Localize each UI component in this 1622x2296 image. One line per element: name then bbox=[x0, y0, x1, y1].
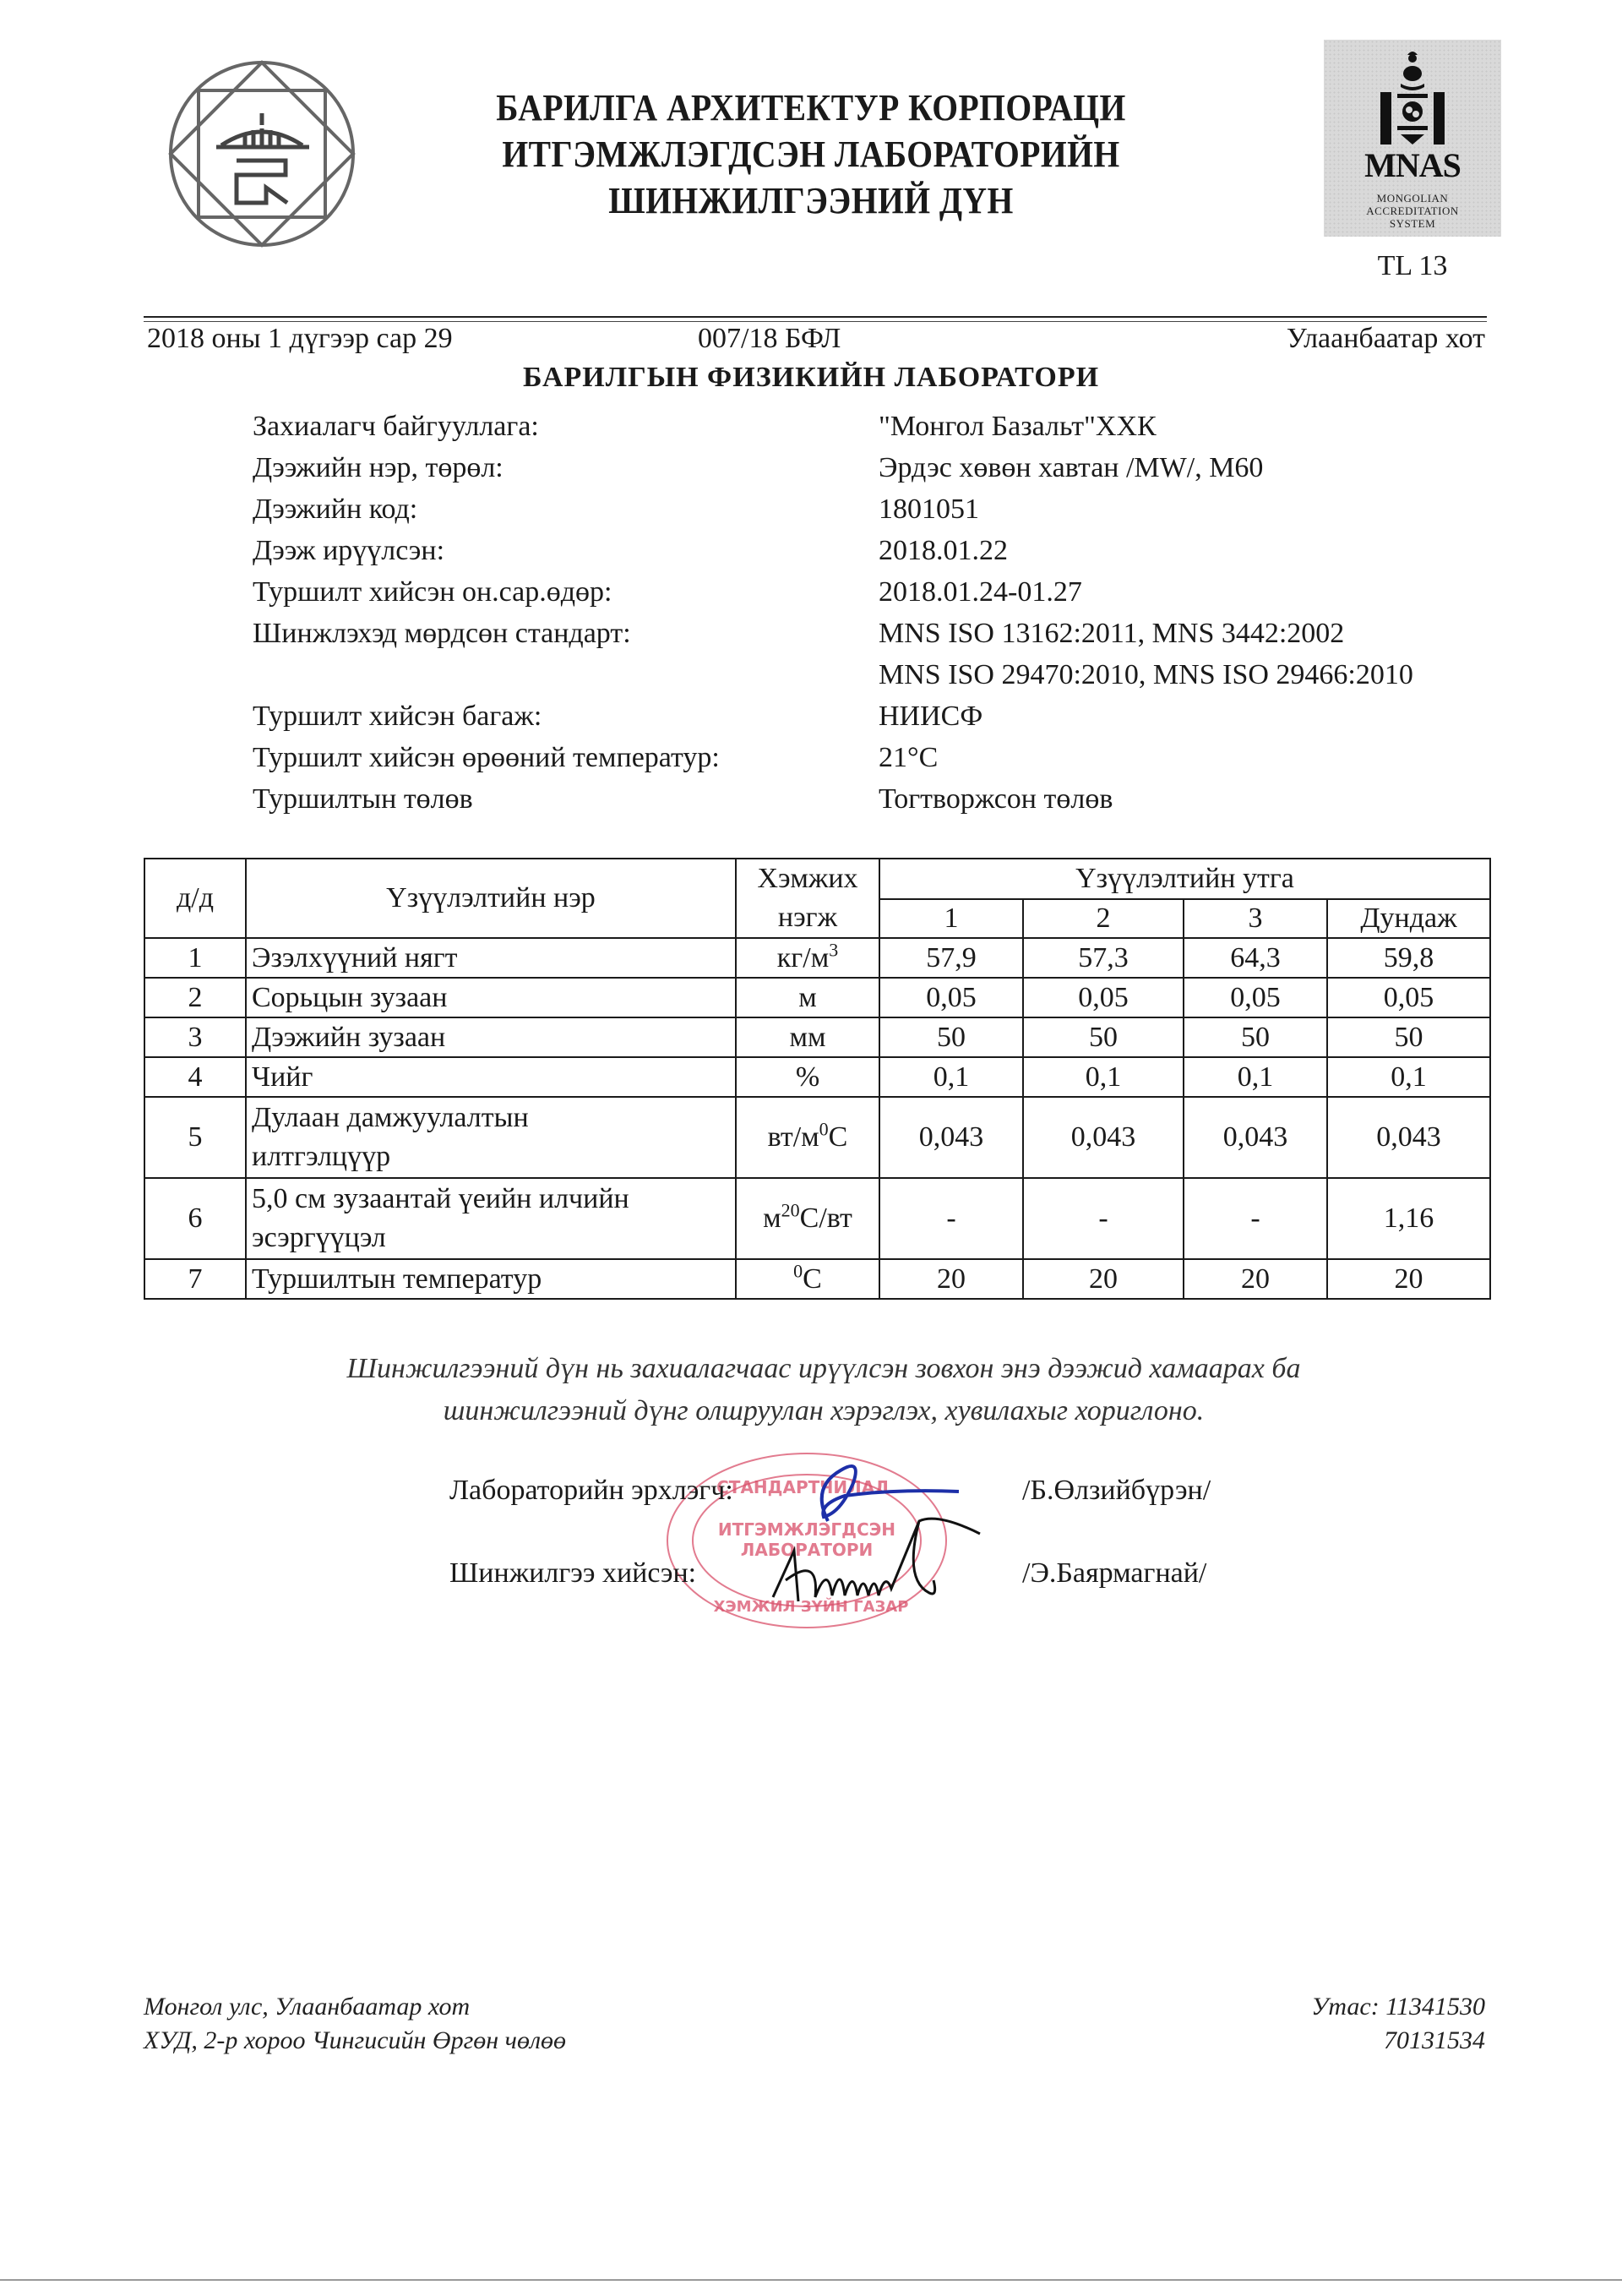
table-row: 7Туршилтын температур0C20202020 bbox=[144, 1259, 1490, 1299]
row-value: - bbox=[1184, 1178, 1327, 1259]
title-line-3: ШИНЖИЛГЭЭНИЙ ДҮН bbox=[438, 177, 1184, 224]
footer-address: Монгол улс, Улаанбаатар хот ХУД, 2-р хор… bbox=[144, 1990, 566, 2058]
mnas-subtitle: MONGOLIAN ACCREDITATION SYSTEM bbox=[1324, 192, 1501, 230]
row-value: 0,1 bbox=[1184, 1057, 1327, 1097]
row-index: 1 bbox=[144, 938, 246, 978]
row-name: Дээжийн зузаан bbox=[246, 1017, 736, 1057]
info-row: MNS ISO 29470:2010, MNS ISO 29466:2010 bbox=[253, 654, 1520, 695]
footer-phones: Утас: 11341530 70131534 bbox=[1311, 1990, 1485, 2058]
analyst-name: /Э.Баярмагнай/ bbox=[1022, 1557, 1206, 1590]
header-value-1: 1 bbox=[879, 899, 1023, 938]
lab-head-label: Лабораторийн эрхлэгч: bbox=[449, 1475, 733, 1507]
info-row: Дээж ирүүлсэн:2018.01.22 bbox=[253, 530, 1520, 571]
row-unit: м20C/вт bbox=[736, 1178, 879, 1259]
mnas-sub-line-3: SYSTEM bbox=[1324, 217, 1501, 230]
scan-edge-line bbox=[0, 2279, 1622, 2281]
row-name: Чийг bbox=[246, 1057, 736, 1097]
corporation-emblem-icon bbox=[161, 52, 363, 255]
info-value: 2018.01.24-01.27 bbox=[879, 571, 1520, 613]
row-unit: мм bbox=[736, 1017, 879, 1057]
row-value: 50 bbox=[879, 1017, 1023, 1057]
info-row: Туршилтын төлөвТогтворжсон төлөв bbox=[253, 778, 1520, 820]
results-table: д/д Үзүүлэлтийн нэр Хэмжих нэгж Үзүүлэлт… bbox=[144, 858, 1491, 1300]
row-value-average: 1,16 bbox=[1327, 1178, 1490, 1259]
table-row: 4Чийг%0,10,10,10,1 bbox=[144, 1057, 1490, 1097]
info-row: Туршилт хийсэн он.сар.өдөр:2018.01.24-01… bbox=[253, 571, 1520, 613]
info-row: Туршилт хийсэн өрөөний температур:21°C bbox=[253, 737, 1520, 778]
info-value: НИИСФ bbox=[879, 695, 1520, 737]
report-number: 007/18 БФЛ bbox=[698, 323, 841, 355]
sample-info: Захиалагч байгууллага:"Монгол Базальт"ХХ… bbox=[253, 406, 1520, 820]
info-label: Шинжлэхэд мөрдсөн стандарт: bbox=[253, 613, 879, 654]
report-city: Улаанбаатар хот bbox=[1287, 323, 1485, 355]
row-index: 3 bbox=[144, 1017, 246, 1057]
row-value: 20 bbox=[879, 1259, 1023, 1299]
row-unit: 0C bbox=[736, 1259, 879, 1299]
phone-label: Утас: bbox=[1311, 1993, 1380, 2021]
info-value: MNS ISO 13162:2011, MNS 3442:2002 bbox=[879, 613, 1520, 654]
signatures-icon bbox=[760, 1453, 1064, 1635]
row-value: 0,043 bbox=[1023, 1097, 1184, 1178]
info-row: Захиалагч байгууллага:"Монгол Базальт"ХХ… bbox=[253, 406, 1520, 447]
document-title: БАРИЛГА АРХИТЕКТУР КОРПОРАЦИ ИТГЭМЖЛЭГДС… bbox=[438, 85, 1184, 224]
address-line-1: Монгол улс, Улаанбаатар хот bbox=[144, 1990, 566, 2024]
info-row: Дээжийн нэр, төрөл:Эрдэс хөвөн хавтан /M… bbox=[253, 447, 1520, 488]
row-value: 0,1 bbox=[1023, 1057, 1184, 1097]
info-row: Дээжийн код:1801051 bbox=[253, 488, 1520, 530]
mnas-accreditation-logo: MNAS MONGOLIAN ACCREDITATION SYSTEM bbox=[1324, 40, 1501, 237]
phone-2: 70131534 bbox=[1311, 2024, 1485, 2058]
header-name: Үзүүлэлтийн нэр bbox=[246, 859, 736, 938]
info-label: Туршилт хийсэн өрөөний температур: bbox=[253, 737, 879, 778]
title-line-2: ИТГЭМЖЛЭГДСЭН ЛАБОРАТОРИЙН bbox=[438, 131, 1184, 177]
header-divider bbox=[144, 316, 1487, 318]
row-value: 0,043 bbox=[879, 1097, 1023, 1178]
info-value: 1801051 bbox=[879, 488, 1520, 530]
info-label: Захиалагч байгууллага: bbox=[253, 406, 879, 447]
lab-head-name: /Б.Өлзийбүрэн/ bbox=[1022, 1475, 1211, 1507]
row-value: 0,1 bbox=[879, 1057, 1023, 1097]
row-value: 57,9 bbox=[879, 938, 1023, 978]
table-row: 5Дулаан дамжуулалтын илтгэлцүүрвт/м0C0,0… bbox=[144, 1097, 1490, 1178]
row-value: 64,3 bbox=[1184, 938, 1327, 978]
header-divider-thin bbox=[144, 321, 1487, 322]
mnas-name: MNAS bbox=[1324, 145, 1501, 185]
info-row: Шинжлэхэд мөрдсөн стандарт:MNS ISO 13162… bbox=[253, 613, 1520, 654]
row-value-average: 0,043 bbox=[1327, 1097, 1490, 1178]
row-name: 5,0 см зузаантай үеийн илчийн эсэргүүцэл bbox=[246, 1178, 736, 1259]
title-line-1: БАРИЛГА АРХИТЕКТУР КОРПОРАЦИ bbox=[438, 85, 1184, 131]
info-value: Эрдэс хөвөн хавтан /MW/, M60 bbox=[879, 447, 1520, 488]
row-unit: кг/м3 bbox=[736, 938, 879, 978]
row-index: 4 bbox=[144, 1057, 246, 1097]
row-value: 50 bbox=[1023, 1017, 1184, 1057]
phone-1: 11341530 bbox=[1385, 1993, 1485, 2021]
row-value-average: 0,05 bbox=[1327, 978, 1490, 1017]
mnas-sub-line-1: MONGOLIAN bbox=[1324, 192, 1501, 205]
row-value-average: 20 bbox=[1327, 1259, 1490, 1299]
row-unit: вт/м0C bbox=[736, 1097, 879, 1178]
row-value: 0,043 bbox=[1184, 1097, 1327, 1178]
table-row: 2Сорьцын зузаанм0,050,050,050,05 bbox=[144, 978, 1490, 1017]
row-value: 57,3 bbox=[1023, 938, 1184, 978]
info-value: 2018.01.22 bbox=[879, 530, 1520, 571]
table-row: 1Эзэлхүүний нягткг/м357,957,364,359,8 bbox=[144, 938, 1490, 978]
row-value: 20 bbox=[1023, 1259, 1184, 1299]
table-row: 3Дээжийн зузаанмм50505050 bbox=[144, 1017, 1490, 1057]
row-name: Эзэлхүүний нягт bbox=[246, 938, 736, 978]
accreditation-code: TL 13 bbox=[1324, 250, 1501, 282]
row-value-average: 0,1 bbox=[1327, 1057, 1490, 1097]
info-label: Туршилт хийсэн он.сар.өдөр: bbox=[253, 571, 879, 613]
row-index: 6 bbox=[144, 1178, 246, 1259]
header-values-group: Үзүүлэлтийн утга bbox=[879, 859, 1490, 899]
info-label: Дээжийн нэр, төрөл: bbox=[253, 447, 879, 488]
row-value: - bbox=[1023, 1178, 1184, 1259]
disclaimer-note: Шинжилгээний дүн нь захиалагчаас ирүүлсэ… bbox=[253, 1348, 1394, 1432]
header-index: д/д bbox=[144, 859, 246, 938]
row-name: Дулаан дамжуулалтын илтгэлцүүр bbox=[246, 1097, 736, 1178]
row-index: 2 bbox=[144, 978, 246, 1017]
row-name: Сорьцын зузаан bbox=[246, 978, 736, 1017]
header-unit: Хэмжих нэгж bbox=[736, 859, 879, 938]
table-row: 65,0 см зузаантай үеийн илчийн эсэргүүцэ… bbox=[144, 1178, 1490, 1259]
lab-title: БАРИЛГЫН ФИЗИКИЙН ЛАБОРАТОРИ bbox=[0, 362, 1622, 394]
analyst-label: Шинжилгээ хийсэн: bbox=[449, 1557, 696, 1590]
row-unit: м bbox=[736, 978, 879, 1017]
header-value-2: 2 bbox=[1023, 899, 1184, 938]
row-value: 0,05 bbox=[1023, 978, 1184, 1017]
info-value: Тогтворжсон төлөв bbox=[879, 778, 1520, 820]
row-value-average: 50 bbox=[1327, 1017, 1490, 1057]
row-value: 20 bbox=[1184, 1259, 1327, 1299]
row-value: 0,05 bbox=[1184, 978, 1327, 1017]
info-label: Дээж ирүүлсэн: bbox=[253, 530, 879, 571]
corporation-logo bbox=[161, 52, 363, 255]
info-label: Туршилтын төлөв bbox=[253, 778, 879, 820]
header-value-average: Дундаж bbox=[1327, 899, 1490, 938]
info-value: MNS ISO 29470:2010, MNS ISO 29466:2010 bbox=[879, 654, 1520, 695]
info-value: "Монгол Базальт"ХХК bbox=[879, 406, 1520, 447]
row-value: 0,05 bbox=[879, 978, 1023, 1017]
row-unit: % bbox=[736, 1057, 879, 1097]
row-index: 7 bbox=[144, 1259, 246, 1299]
mnas-sub-line-2: ACCREDITATION bbox=[1324, 205, 1501, 217]
header-value-3: 3 bbox=[1184, 899, 1327, 938]
info-label: Дээжийн код: bbox=[253, 488, 879, 530]
info-row: Туршилт хийсэн багаж:НИИСФ bbox=[253, 695, 1520, 737]
row-name: Туршилтын температур bbox=[246, 1259, 736, 1299]
soyombo-icon bbox=[1370, 50, 1455, 151]
info-value: 21°C bbox=[879, 737, 1520, 778]
address-line-2: ХУД, 2-р хороо Чингисийн Өргөн чөлөө bbox=[144, 2024, 566, 2058]
report-date: 2018 оны 1 дүгээр сар 29 bbox=[147, 323, 453, 355]
info-label: Туршилт хийсэн багаж: bbox=[253, 695, 879, 737]
row-value: - bbox=[879, 1178, 1023, 1259]
row-value: 50 bbox=[1184, 1017, 1327, 1057]
row-value-average: 59,8 bbox=[1327, 938, 1490, 978]
row-index: 5 bbox=[144, 1097, 246, 1178]
info-label bbox=[253, 654, 879, 695]
